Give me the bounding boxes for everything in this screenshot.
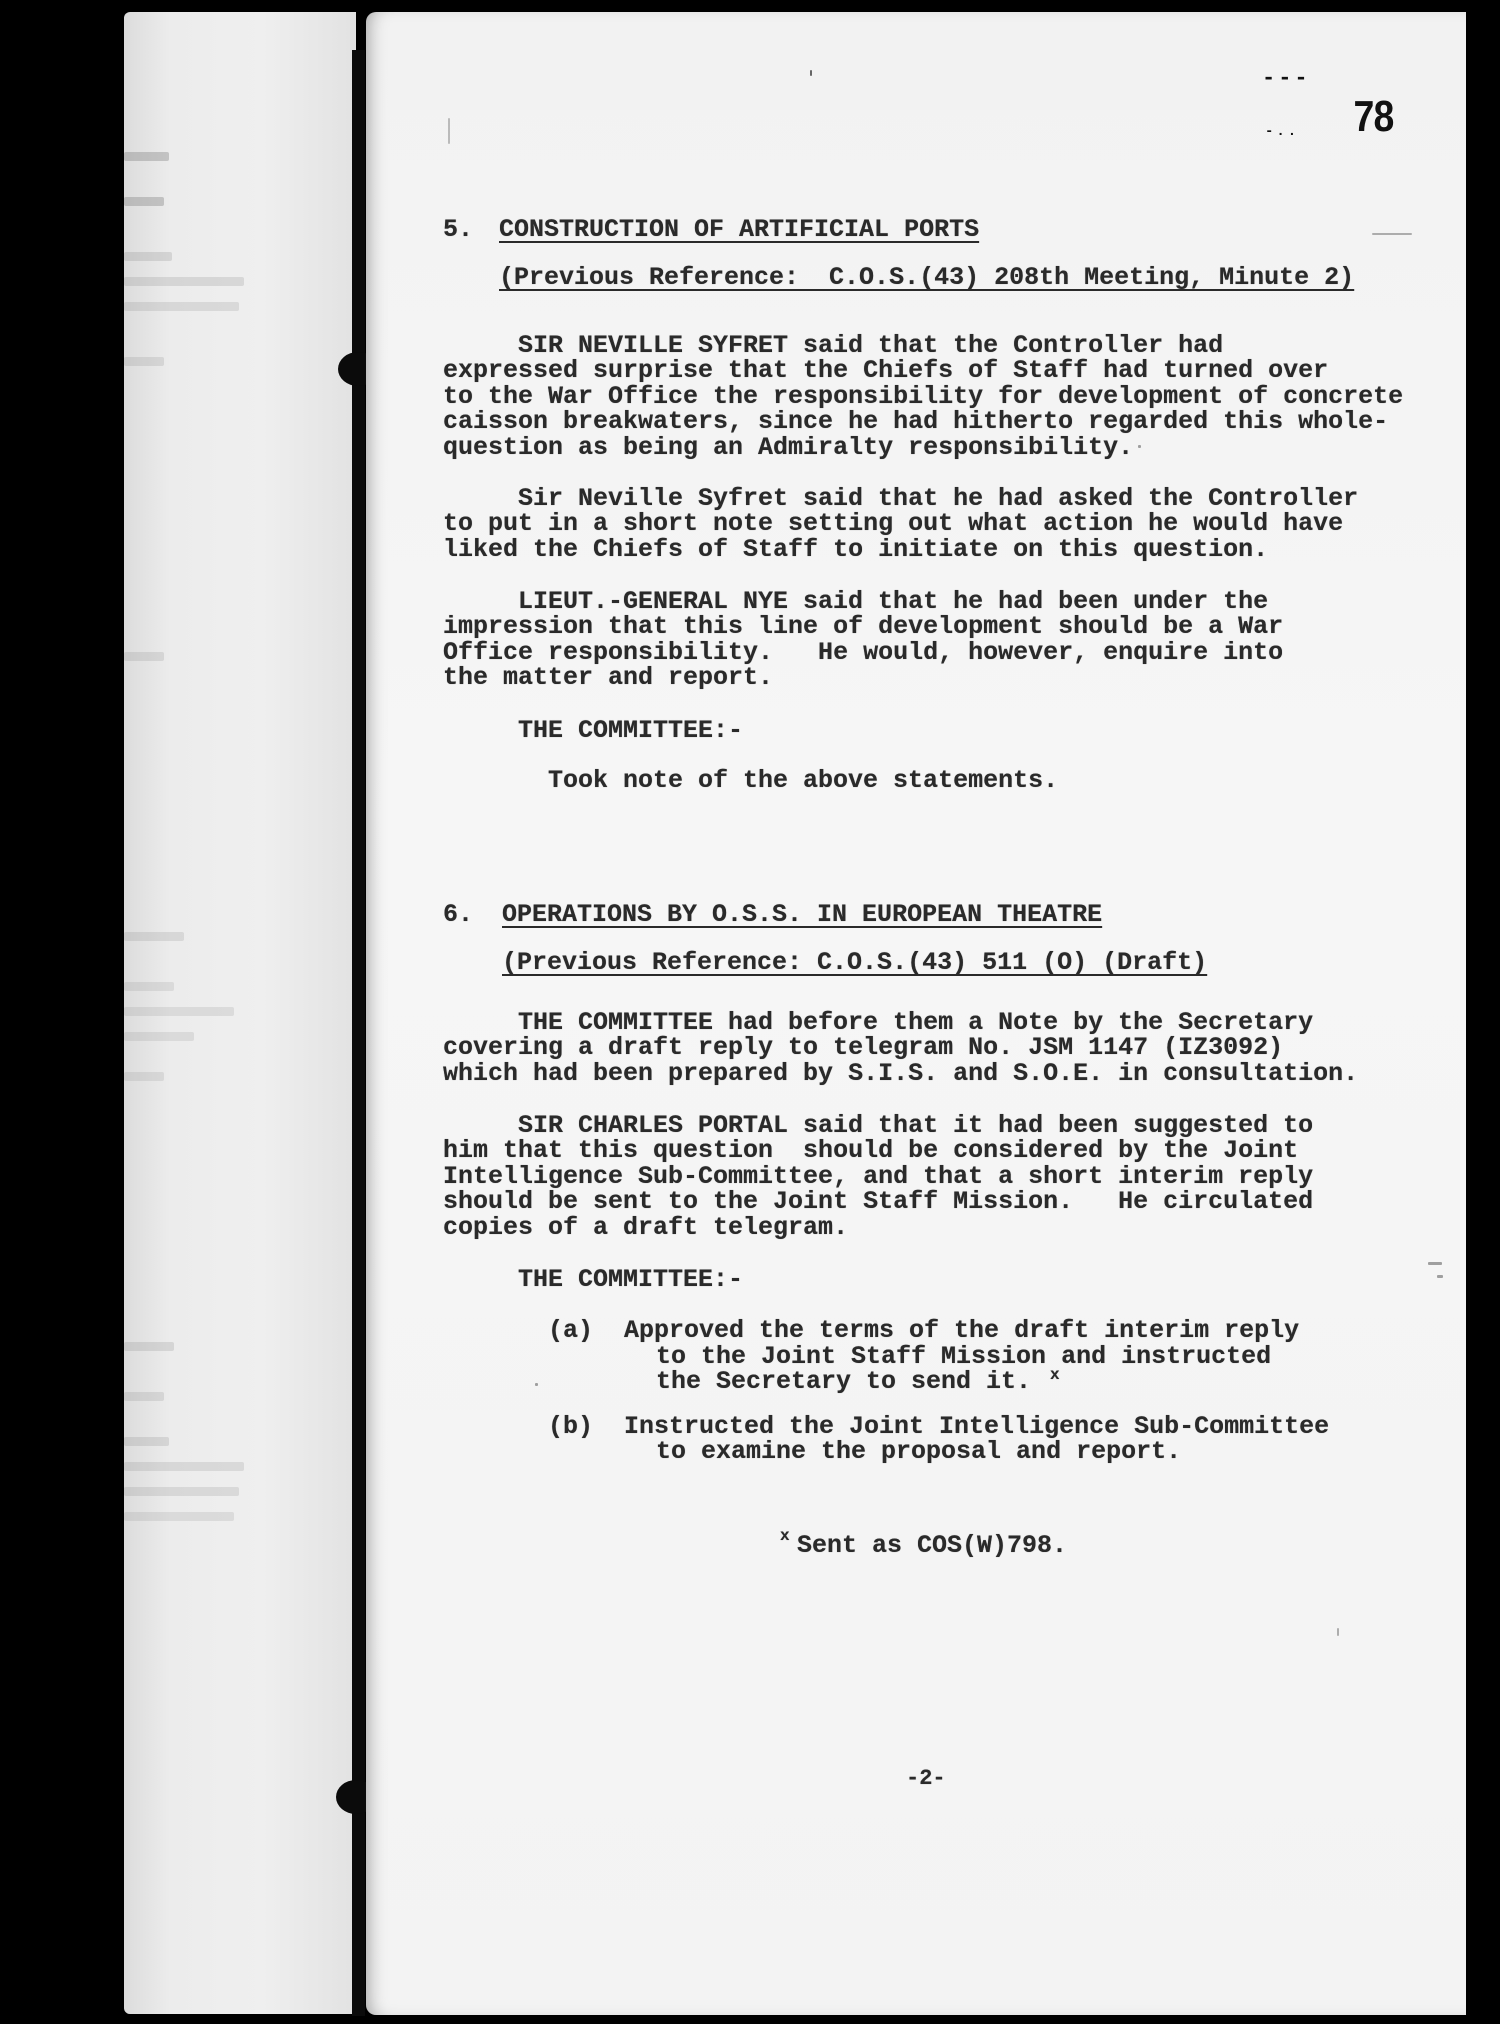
- paragraph-line: question as being an Admiralty responsib…: [443, 435, 1133, 461]
- ghost-text: [124, 1392, 164, 1401]
- scan-speck: [1437, 1275, 1443, 1278]
- ghost-text: [124, 1072, 164, 1081]
- section-reference: (Previous Reference: C.O.S.(43) 208th Me…: [499, 265, 1354, 291]
- ghost-text: [124, 982, 174, 991]
- section-title: OPERATIONS BY O.S.S. IN EUROPEAN THEATRE: [502, 902, 1102, 928]
- ghost-text: [124, 152, 169, 161]
- paragraph-line: expressed surprise that the Chiefs of St…: [443, 358, 1328, 384]
- footnote-marker: x: [1050, 1363, 1060, 1389]
- paragraph-line: to the War Office the responsibility for…: [443, 384, 1403, 410]
- footnote-marker: x: [780, 1524, 790, 1550]
- top-mark: ---: [1262, 66, 1311, 91]
- scan-speck: [810, 70, 812, 76]
- paragraph-line: Office responsibility. He would, however…: [443, 640, 1283, 666]
- committee-conclusion: Took note of the above statements.: [548, 768, 1058, 794]
- ghost-text: [124, 1512, 234, 1521]
- scan-speck: [448, 118, 450, 144]
- item-line: Approved the terms of the draft interim …: [624, 1318, 1299, 1344]
- paragraph-line: him that this question should be conside…: [443, 1138, 1298, 1164]
- paragraph-line: copies of a draft telegram.: [443, 1215, 848, 1241]
- item-line: the Secretary to send it.: [656, 1369, 1031, 1395]
- item-label: (a): [548, 1318, 593, 1344]
- paragraph-line: to put in a short note setting out what …: [443, 511, 1343, 537]
- paragraph-line: which had been prepared by S.I.S. and S.…: [443, 1061, 1358, 1087]
- facing-page: [124, 12, 356, 2014]
- item-line: to the Joint Staff Mission and instructe…: [656, 1344, 1271, 1370]
- paragraph-line: LIEUT.-GENERAL NYE said that he had been…: [518, 589, 1268, 615]
- top-mark-small: -..: [1265, 124, 1299, 140]
- footnote-text: Sent as COS(W)798.: [797, 1533, 1067, 1559]
- ghost-text: [124, 357, 164, 366]
- scan-speck: [535, 1383, 538, 1386]
- footer-page-number: -2-: [906, 1766, 946, 1792]
- paragraph-line: Sir Neville Syfret said that he had aske…: [518, 486, 1358, 512]
- paragraph-line: covering a draft reply to telegram No. J…: [443, 1035, 1283, 1061]
- ghost-text: [124, 1342, 174, 1351]
- paragraph-line: Intelligence Sub-Committee, and that a s…: [443, 1164, 1313, 1190]
- paragraph-line: THE COMMITTEE had before them a Note by …: [518, 1010, 1313, 1036]
- ghost-text: [124, 1032, 194, 1041]
- binding-edge: [352, 50, 365, 2016]
- ghost-text: [124, 252, 172, 261]
- ghost-text: [124, 277, 244, 286]
- section-number: 5.: [443, 217, 473, 243]
- ghost-text: [124, 1007, 234, 1016]
- page-number: 78: [1354, 92, 1394, 142]
- section-reference: (Previous Reference: C.O.S.(43) 511 (O) …: [502, 950, 1207, 976]
- paragraph-line: the matter and report.: [443, 665, 773, 691]
- ghost-text: [124, 302, 239, 311]
- committee-label: THE COMMITTEE:-: [518, 718, 743, 744]
- ghost-text: [124, 197, 164, 206]
- paragraph-line: impression that this line of development…: [443, 614, 1283, 640]
- scan-speck: [1428, 1262, 1442, 1265]
- ghost-text: [124, 652, 164, 661]
- ghost-text: [124, 1462, 244, 1471]
- item-line: Instructed the Joint Intelligence Sub-Co…: [624, 1414, 1329, 1440]
- paragraph-line: SIR CHARLES PORTAL said that it had been…: [518, 1113, 1313, 1139]
- item-line: to examine the proposal and report.: [656, 1439, 1181, 1465]
- section-number: 6.: [443, 902, 473, 928]
- ghost-text: [124, 932, 184, 941]
- ghost-text: [124, 1487, 239, 1496]
- scan-speck: [1337, 1628, 1339, 1636]
- section-title: CONSTRUCTION OF ARTIFICIAL PORTS: [499, 217, 979, 243]
- scan-speck: [1138, 445, 1141, 448]
- item-label: (b): [548, 1414, 593, 1440]
- committee-label: THE COMMITTEE:-: [518, 1267, 743, 1293]
- paragraph-line: liked the Chiefs of Staff to initiate on…: [443, 537, 1268, 563]
- scan-speck: [1372, 233, 1412, 235]
- paragraph-line: caisson breakwaters, since he had hither…: [443, 409, 1388, 435]
- ghost-text: [124, 1437, 169, 1446]
- paragraph-line: should be sent to the Joint Staff Missio…: [443, 1189, 1313, 1215]
- paragraph-line: SIR NEVILLE SYFRET said that the Control…: [518, 333, 1223, 359]
